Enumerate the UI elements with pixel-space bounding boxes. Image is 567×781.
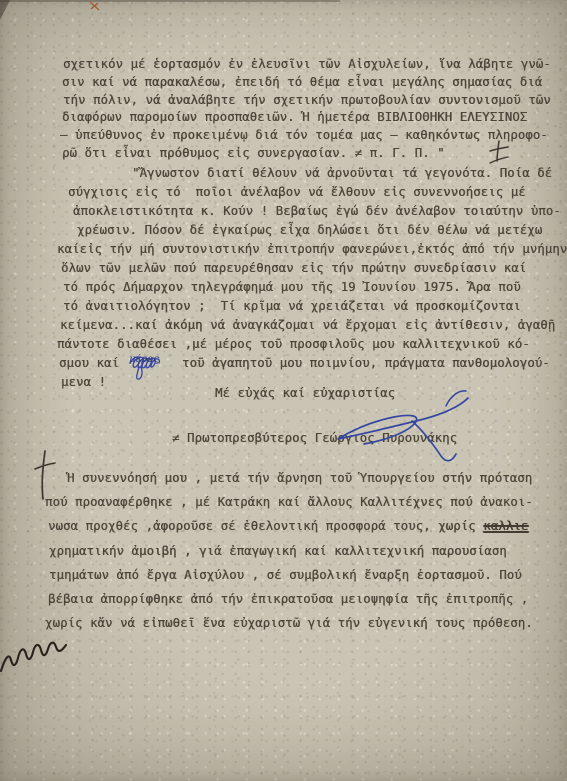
typed-line: βέβαια ἀπορρίφθηκε ἀπό τήν ἐπικρατοῦσα μ… [48, 587, 533, 611]
typed-text: τοῦ ἀγαπητοῦ μου ποιμνίου, πράγματα πανθ… [175, 356, 550, 370]
handwritten-signature [338, 391, 468, 461]
typed-line: χωρίς κἄν νά εἰπωθεῖ ἕνα εὐχαριστῶ γιά τ… [45, 611, 533, 635]
typed-line: τήν πόλιν, νά ἀναλάβητε τήν σχετικήν πρω… [63, 92, 551, 110]
typed-line: "Ἄγνωστον διατί θέλουν νά ἀρνοῦνται τά γ… [132, 164, 567, 183]
typed-line: καίεἰς τήν μή συντονιστικήν ἐπιτροπήν φα… [57, 240, 567, 259]
paragraph-2: "Ἄγνωστον διατί θέλουν νά ἀρνοῦνται τά γ… [56, 164, 567, 392]
corner-shadow [0, 0, 10, 20]
typed-line: ὅλων τῶν μελῶν πού παρευρέθησαν εἰς τήν … [61, 259, 567, 278]
typed-line: ἀποκλειστικότητα κ. Κούν ! Βεβαίως ἐγώ δ… [73, 202, 567, 221]
typed-line: σχετικόν μέ ἑορτασμόν ἐν ἐλευσῖνι τῶν Αἰ… [63, 56, 551, 74]
typed-line: τό ἀναιτιολόγητον ; Τί κρῖμα νά χρειάζετ… [63, 297, 567, 316]
typed-line: χρηματικήν ἀμοιβή , γιά ἐπαγωγική καί κα… [49, 539, 533, 563]
struck-word: καλλιε [483, 519, 528, 533]
footnote-paragraph: Ἡ συνεννόησή μου , μετά τήν ἄρνηση τοῦ Ὑ… [42, 466, 533, 635]
typed-text: σμου καί [59, 356, 127, 370]
scanned-letter-page: σχετικόν μέ ἑορτασμόν ἐν ἐλευσῖνι τῶν Αἰ… [0, 0, 567, 781]
typed-line: χρέωσιν. Πόσον δέ ἐγκαίρως εἶχα δηλώσει … [77, 221, 567, 240]
typed-line: σιν καί νά παρακαλέσω, ἐπειδή τό θέμα εἶ… [62, 74, 551, 92]
typed-line: πού προαναφέρθηκε , μέ Κατράκη καί ἄλλου… [45, 490, 533, 514]
closing-salutation: Μέ εὐχάς καί εὐχαριστίας [215, 386, 395, 400]
typed-line: κείμενα...καί ἀκόμη νά ἀναγκάζομαι νά ἔρ… [60, 316, 567, 335]
typed-line: Ἡ συνεννόησή μου , μετά τήν ἄρνηση τοῦ Ὑ… [67, 466, 533, 490]
typed-line: ρῶ ὅτι εἶναι πρόθυμος εἰς συνεργασίαν. ≠… [62, 145, 551, 163]
top-edge-shadow [0, 0, 340, 2]
typed-line: τμημάτων ἀπό ἔργα Αἰσχύλου , σέ συμβολικ… [49, 563, 533, 587]
typed-line: τό πρός Δήμαρχον τηλεγράφημά μου τῆς 19 … [63, 278, 567, 297]
typed-line: σύγχισις εἰς τό ποῖοι ἀνέλαβον νά ἔλθουν… [68, 183, 567, 202]
typed-line: διαφόρων παρομοίων προσπαθειῶν. Ἡ ἡμετέρ… [62, 109, 551, 127]
signature-typed-line: ≠ Πρωτοπρεσβύτερος Γεώργιος Πυρουνάκης [172, 431, 457, 445]
paragraph-1: σχετικόν μέ ἑορτασμόν ἐν ἐλευσῖνι τῶν Αἰ… [60, 56, 551, 163]
typed-text: νωσα προχθές ,ἀφοροῦσε σέ ἐθελοντική προ… [48, 519, 483, 533]
typed-line: — ὑπεύθυνος ἐν προκειμένῳ διά τόν τομέα … [60, 127, 551, 145]
typed-line-with-correction: σμου καί μέρος τοῦ ἀγαπητοῦ μου ποιμνίου… [59, 354, 567, 373]
handwritten-correction: μέρος [127, 355, 175, 369]
correction-word: μέρος [129, 354, 159, 365]
margin-scribble [1, 643, 66, 671]
typed-line-with-strike: νωσα προχθές ,ἀφοροῦσε σέ ἐθελοντική προ… [48, 514, 533, 538]
red-mark [90, 2, 99, 10]
